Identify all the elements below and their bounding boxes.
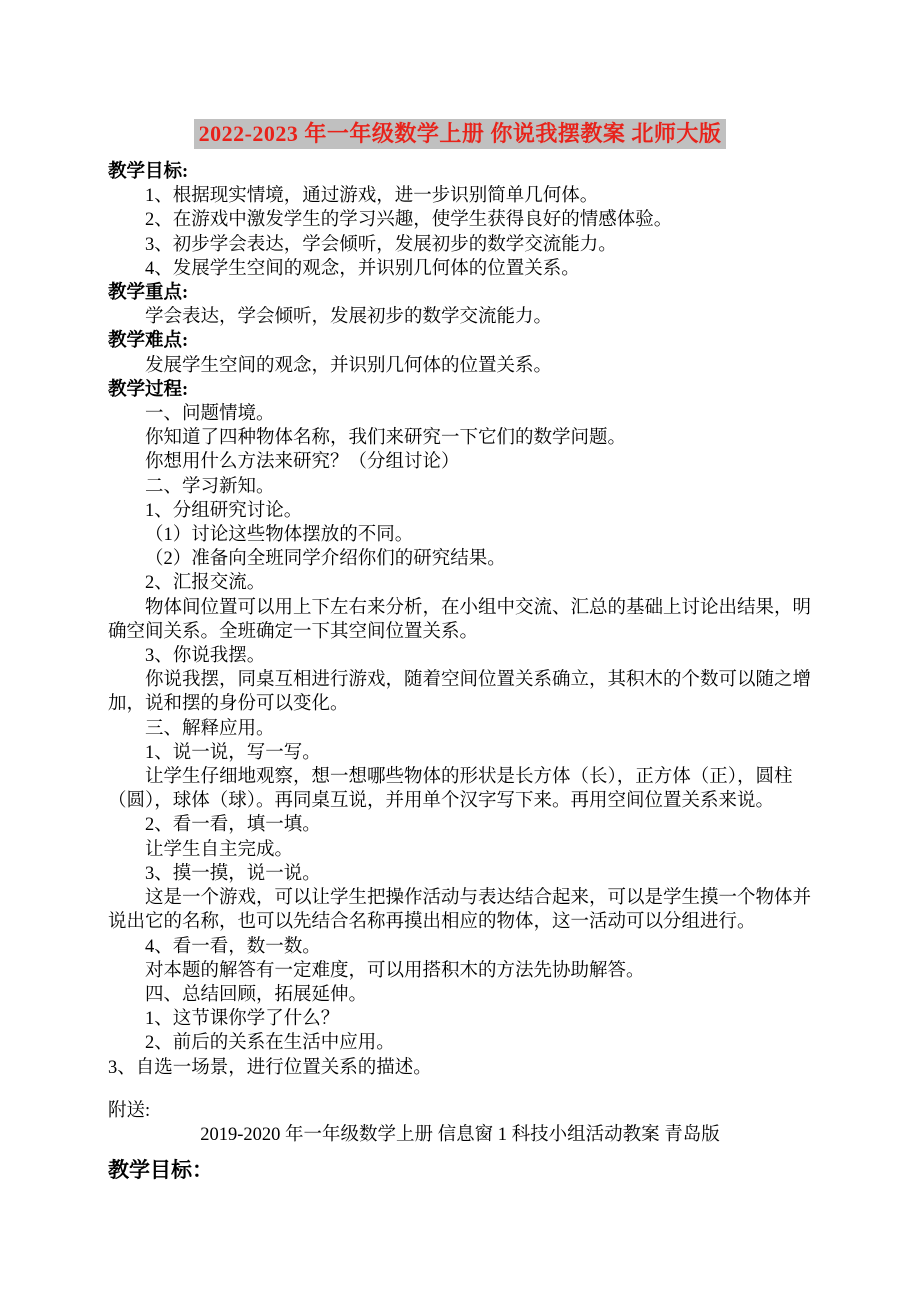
text-line: 1、这节课你学了什么？ [108,1007,812,1031]
text-line: 4、看一看，数一数。 [108,935,812,959]
text-line: 发展学生空间的观念，并识别几何体的位置关系。 [108,354,812,378]
text-line: 三、解释应用。 [108,717,812,741]
title-row: 2022-2023 年一年级数学上册 你说我摆教案 北师大版 [0,0,920,149]
text-line: 1、说一说，写一写。 [108,741,812,765]
section-heading: 教学过程: [108,378,812,402]
text-line: 3、摸一摸，说一说。 [108,862,812,886]
text-line: 1、分组研究讨论。 [108,499,812,523]
text-line: 你想用什么方法来研究？（分组讨论） [108,450,812,474]
text-line: 1、根据现实情境，通过游戏，进一步识别简单几何体。 [108,184,812,208]
appendix-section: 附送: 2019-2020 年一年级数学上册 信息窗 1 科技小组活动教案 青岛… [108,1099,812,1184]
text-line: 2、前后的关系在生活中应用。 [108,1031,812,1055]
text-line: 2、在游戏中激发学生的学习兴趣，使学生获得良好的情感体验。 [108,208,812,232]
text-line: 2、看一看，填一填。 [108,813,812,837]
document-page: 2022-2023 年一年级数学上册 你说我摆教案 北师大版 教学目标:1、根据… [0,0,920,1302]
text-line: 你知道了四种物体名称，我们来研究一下它们的数学问题。 [108,426,812,450]
text-line: 物体间位置可以用上下左右来分析，在小组中交流、汇总的基础上讨论出结果，明确空间关… [108,596,812,644]
section-heading: 教学难点: [108,329,812,353]
text-line: 这是一个游戏，可以让学生把操作活动与表达结合起来，可以是学生摸一个物体并说出它的… [108,886,812,934]
text-line: （1）讨论这些物体摆放的不同。 [108,523,812,547]
next-lesson-heading: 教学目标： [108,1156,812,1184]
section-heading: 教学重点: [108,281,812,305]
appendix-label: 附送: [108,1099,812,1123]
document-title: 2022-2023 年一年级数学上册 你说我摆教案 北师大版 [194,119,727,149]
text-line: 3、自选一场景，进行位置关系的描述。 [108,1056,812,1080]
text-line: （2）准备向全班同学介绍你们的研究结果。 [108,547,812,571]
section-heading: 教学目标: [108,160,812,184]
text-line: 学会表达，学会倾听，发展初步的数学交流能力。 [108,305,812,329]
text-line: 2、汇报交流。 [108,571,812,595]
text-line: 二、学习新知。 [108,475,812,499]
document-body: 教学目标:1、根据现实情境，通过游戏，进一步识别简单几何体。2、在游戏中激发学生… [108,160,812,1080]
appendix-subtitle: 2019-2020 年一年级数学上册 信息窗 1 科技小组活动教案 青岛版 [108,1123,812,1147]
text-line: 对本题的解答有一定难度，可以用搭积木的方法先协助解答。 [108,959,812,983]
text-line: 让学生仔细地观察，想一想哪些物体的形状是长方体（长），正方体（正），圆柱（圆），… [108,765,812,813]
text-line: 四、总结回顾，拓展延伸。 [108,983,812,1007]
text-line: 3、你说我摆。 [108,644,812,668]
text-line: 3、初步学会表达，学会倾听，发展初步的数学交流能力。 [108,233,812,257]
text-line: 让学生自主完成。 [108,838,812,862]
text-line: 4、发展学生空间的观念，并识别几何体的位置关系。 [108,257,812,281]
text-line: 一、问题情境。 [108,402,812,426]
text-line: 你说我摆，同桌互相进行游戏，随着空间位置关系确立，其积木的个数可以随之增加，说和… [108,668,812,716]
